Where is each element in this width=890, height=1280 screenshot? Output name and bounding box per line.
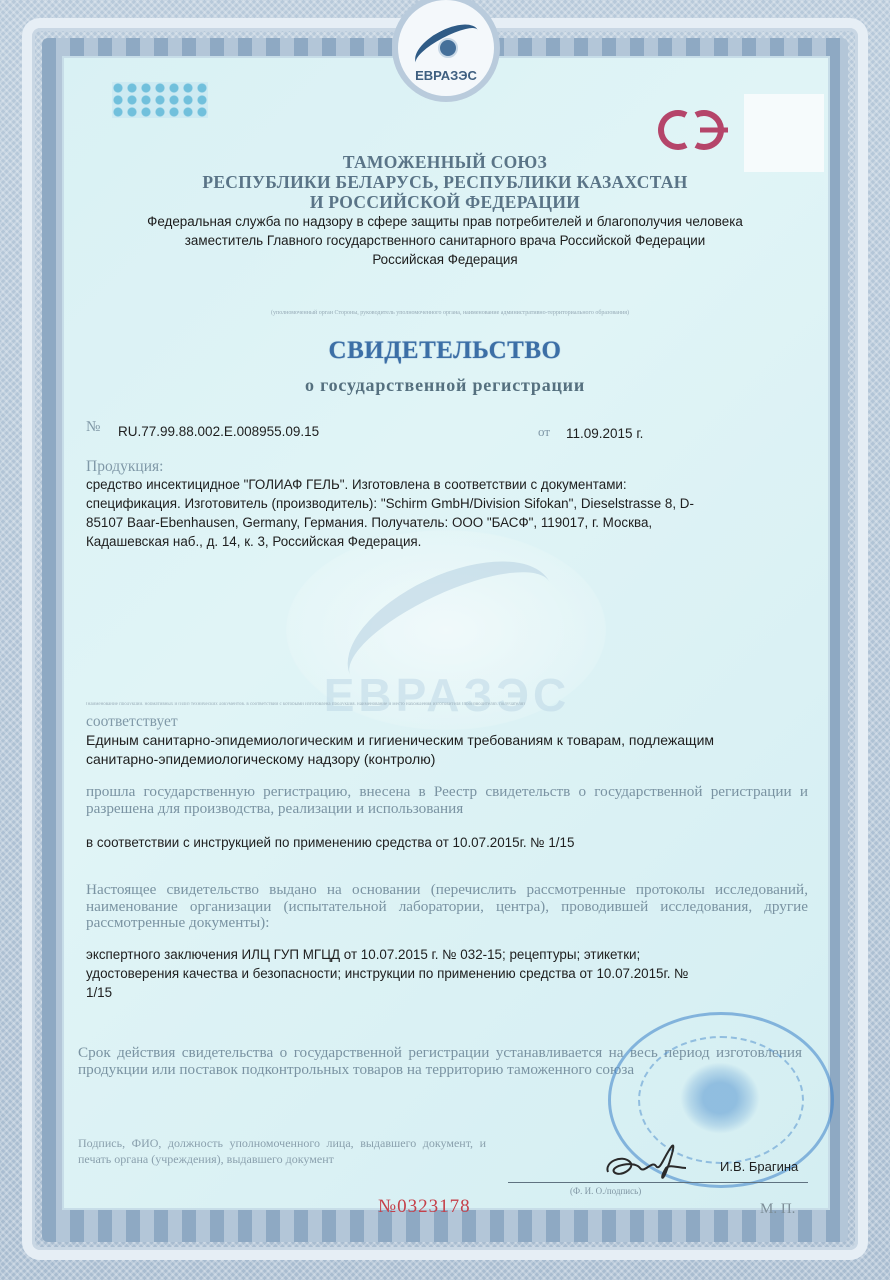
requirements-line: Единым санитарно-эпидемиологическим и ги… xyxy=(86,731,826,750)
signature-caption: Подпись, ФИО, должность уполномоченного … xyxy=(78,1135,486,1167)
requirements-line: санитарно-эпидемиологическому надзору (к… xyxy=(86,750,826,769)
product-note: (наименование продукции, нормативных и (… xyxy=(86,702,814,705)
authority-country: Российская Федерация xyxy=(70,250,820,269)
product-line: Кадашевская наб., д. 14, к. 3, Российска… xyxy=(86,532,826,551)
document-subtitle: о государственной регистрации xyxy=(70,375,820,396)
hologram-icon xyxy=(112,82,208,118)
basis-statement: Настоящее свидетельство выдано на основа… xyxy=(86,882,808,932)
signature-line xyxy=(508,1182,808,1183)
basis-documents: экспертного заключения ИЛЦ ГУП МГЦД от 1… xyxy=(86,945,826,1002)
signature-line-caption: (Ф. И. О./подпись) xyxy=(570,1186,641,1196)
conforms-requirements: Единым санитарно-эпидемиологическим и ги… xyxy=(86,731,826,769)
product-description: средство инсектицидное "ГОЛИАФ ГЕЛЬ". Из… xyxy=(86,475,826,551)
authority-position: заместитель Главного государственного са… xyxy=(70,231,820,250)
product-line: спецификация. Изготовитель (производител… xyxy=(86,494,826,513)
date-label: от xyxy=(538,424,550,440)
registration-number: RU.77.99.88.002.E.008955.09.15 xyxy=(118,424,319,439)
registration-statement: прошла государственную регистрацию, внес… xyxy=(86,784,808,817)
seal-eagle-icon xyxy=(680,1062,760,1134)
signer-name: И.В. Брагина xyxy=(720,1159,798,1174)
seal-place-label: М. П. xyxy=(760,1201,795,1218)
basis-line: удостоверения качества и безопасности; и… xyxy=(86,964,826,983)
product-line: 85107 Baar-Ebenhausen, Germany, Германия… xyxy=(86,513,826,532)
product-label: Продукция: xyxy=(86,459,163,475)
se-conformity-mark-icon xyxy=(650,107,732,153)
number-sign: № xyxy=(86,419,100,436)
emblem-globe-icon xyxy=(438,38,458,58)
authority-note: (уполномоченный орган Стороны, руководит… xyxy=(148,310,752,316)
basis-line: экспертного заключения ИЛЦ ГУП МГЦД от 1… xyxy=(86,945,826,964)
union-members-2: И РОССИЙСКОЙ ФЕДЕРАЦИИ xyxy=(70,192,820,212)
handwritten-signature-icon xyxy=(600,1138,700,1188)
instruction-reference: в соответствии с инструкцией по применен… xyxy=(86,833,826,852)
basis-line: 1/15 xyxy=(86,983,826,1002)
issuer-header: ТАМОЖЕННЫЙ СОЮЗ РЕСПУБЛИКИ БЕЛАРУСЬ, РЕС… xyxy=(70,152,820,269)
watermark-text: ЕВРАЗЭС xyxy=(322,668,572,722)
authority-name: Федеральная служба по надзору в сфере за… xyxy=(70,212,820,231)
serial-number: №0323178 xyxy=(378,1196,471,1218)
emblem-text: ЕВРАЗЭС xyxy=(398,68,494,83)
union-title: ТАМОЖЕННЫЙ СОЮЗ xyxy=(70,152,820,172)
union-members: РЕСПУБЛИКИ БЕЛАРУСЬ, РЕСПУБЛИКИ КАЗАХСТА… xyxy=(70,172,820,192)
product-line: средство инсектицидное "ГОЛИАФ ГЕЛЬ". Из… xyxy=(86,475,826,494)
conforms-label: соответствует xyxy=(86,714,178,730)
document-title: СВИДЕТЕЛЬСТВО xyxy=(70,337,820,365)
registration-date: 11.09.2015 г. xyxy=(566,426,643,441)
